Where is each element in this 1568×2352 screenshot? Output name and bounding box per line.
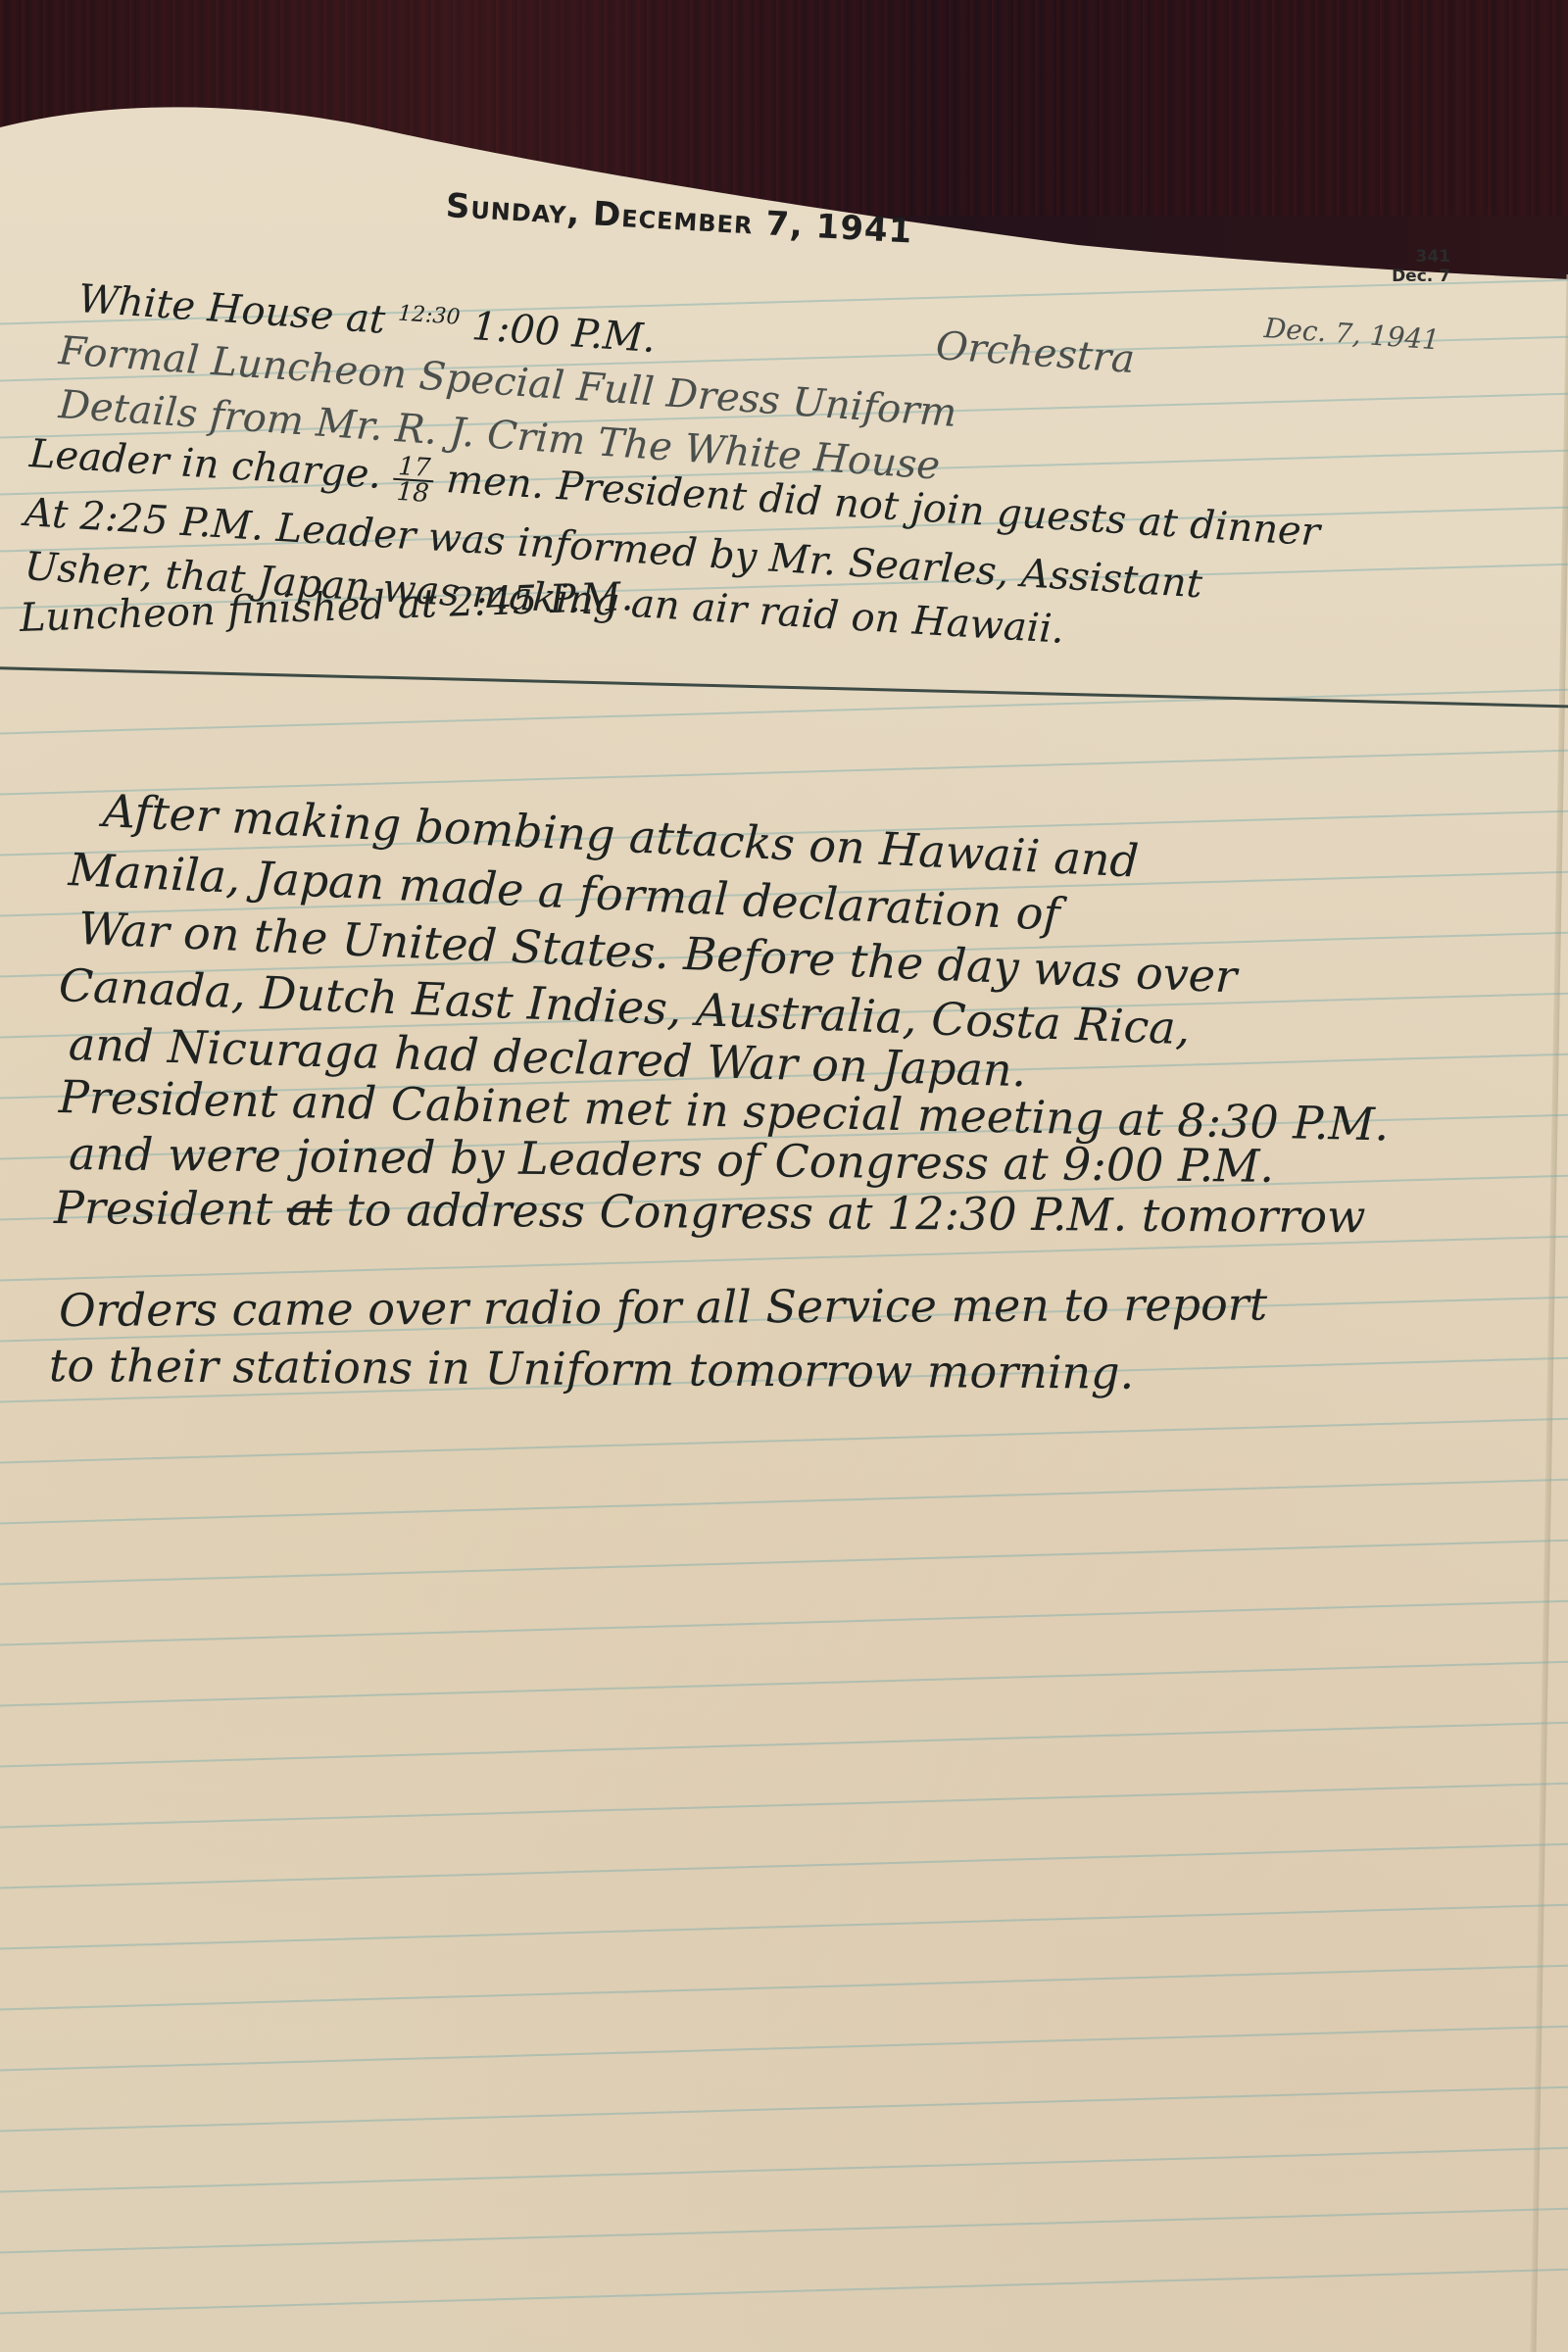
- struck-word: at: [287, 1183, 332, 1236]
- entry-line: Orders came over radio for all Service m…: [59, 1278, 1267, 1337]
- entry-line: President at to address Congress at 12:3…: [54, 1181, 1366, 1243]
- day-of-year-label: 341 Dec. 7: [1392, 247, 1450, 286]
- day-of-year-number: 341: [1392, 247, 1450, 267]
- day-short-date: Dec. 7: [1392, 267, 1450, 286]
- entry-line: to their stations in Uniform tomorrow mo…: [49, 1339, 1135, 1399]
- fraction-men-count: 1718: [392, 455, 435, 506]
